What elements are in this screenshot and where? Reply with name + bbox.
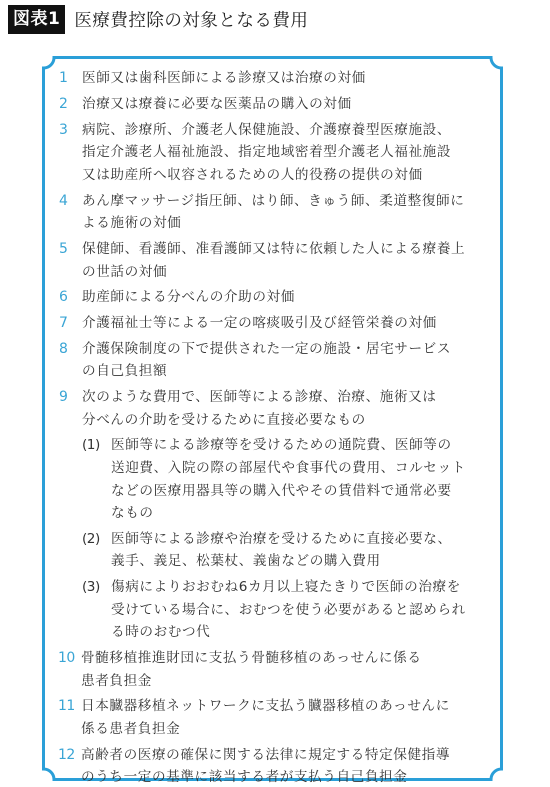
item-number: 12 (58, 744, 81, 787)
figure-title-text: 医療費控除の対象となる費用 (74, 7, 308, 32)
list-item: 6 助産師による分べんの介助の対価 (58, 286, 488, 309)
item-text: のうち一定の基準に該当する者が支払う自己負担金 (81, 766, 488, 787)
sub-item-text: 送迎費、入院の際の部屋代や食事代の費用、コルセット (111, 457, 488, 480)
expense-list: 1 医師又は歯科医師による診療又は治療の対価 2 治療又は療養に必要な医薬品の購… (58, 67, 488, 787)
item-number: 3 (58, 119, 82, 187)
item-number: 7 (58, 312, 82, 335)
sub-item-text: 傷病によりおおむね6カ月以上寝たきりで医師の治療を (111, 576, 488, 599)
item-text: 指定介護老人福祉施設、指定地域密着型介護老人福祉施設 (82, 141, 488, 164)
item-number: 5 (58, 238, 82, 283)
sub-item-label: (2) (82, 528, 111, 573)
sub-item-text: なもの (111, 502, 488, 525)
item-text: 骨髄移植推進財団に支払う骨髄移植のあっせんに係る (81, 647, 488, 670)
figure-label-badge: 図表1 (8, 5, 65, 34)
list-item: 8 介護保険制度の下で提供された一定の施設・居宅サービス の自己負担額 (58, 338, 488, 383)
item-number: 6 (58, 286, 82, 309)
item-text: 保健師、看護師、准看護師又は特に依頼した人による療養上 (82, 238, 488, 261)
list-item: 11 日本臓器移植ネットワークに支払う臓器移植のあっせんに 係る患者負担金 (58, 695, 488, 740)
item-text: の世話の対価 (82, 261, 488, 284)
item-number: 11 (58, 695, 81, 740)
item-number: 8 (58, 338, 82, 383)
list-item: 1 医師又は歯科医師による診療又は治療の対価 (58, 67, 488, 90)
expense-list-box: 1 医師又は歯科医師による診療又は治療の対価 2 治療又は療養に必要な医薬品の購… (42, 56, 503, 781)
item-text: 助産師による分べんの介助の対価 (82, 286, 488, 309)
sub-item-text: 受けている場合に、おむつを使う必要があると認められ (111, 599, 488, 622)
sub-item: (2) 医師等による診療や治療を受けるために直接必要な、 義手、義足、松葉杖、義… (82, 528, 488, 573)
list-item: 9 次のような費用で、医師等による診療、治療、施術又は 分べんの介助を受けるため… (58, 386, 488, 644)
item-text: よる施術の対価 (82, 212, 488, 235)
sub-item-text: る時のおむつ代 (111, 621, 488, 644)
item-text: あん摩マッサージ指圧師、はり師、きゅう師、柔道整復師に (82, 190, 488, 213)
sub-item-label: (3) (82, 576, 111, 644)
list-item: 5 保健師、看護師、准看護師又は特に依頼した人による療養上 の世話の対価 (58, 238, 488, 283)
item-number: 1 (58, 67, 82, 90)
sub-item-label: (1) (82, 434, 111, 524)
list-item: 7 介護福祉士等による一定の喀痰吸引及び経管栄養の対価 (58, 312, 488, 335)
figure-title: 図表1 医療費控除の対象となる費用 (8, 5, 308, 34)
item-text: 介護保険制度の下で提供された一定の施設・居宅サービス (82, 338, 488, 361)
item-number: 2 (58, 93, 82, 116)
item-text: 患者負担金 (81, 670, 488, 693)
sub-item-text: などの医療用器具等の購入代やその賃借料で通常必要 (111, 480, 488, 503)
list-item: 4 あん摩マッサージ指圧師、はり師、きゅう師、柔道整復師に よる施術の対価 (58, 190, 488, 235)
item-text: 高齢者の医療の確保に関する法律に規定する特定保健指導 (81, 744, 488, 767)
item-text: 介護福祉士等による一定の喀痰吸引及び経管栄養の対価 (82, 312, 488, 335)
item-text: の自己負担額 (82, 360, 488, 383)
list-item: 2 治療又は療養に必要な医薬品の購入の対価 (58, 93, 488, 116)
sub-item-text: 医師等による診療や治療を受けるために直接必要な、 (111, 528, 488, 551)
item-text: 分べんの介助を受けるために直接必要なもの (82, 409, 488, 432)
sub-item: (1) 医師等による診療等を受けるための通院費、医師等の 送迎費、入院の際の部屋… (82, 434, 488, 524)
item-text: 又は助産所へ収容されるための人的役務の提供の対価 (82, 164, 488, 187)
item-text: 医師又は歯科医師による診療又は治療の対価 (82, 67, 488, 90)
sub-item-text: 医師等による診療等を受けるための通院費、医師等の (111, 434, 488, 457)
list-item: 3 病院、診療所、介護老人保健施設、介護療養型医療施設、 指定介護老人福祉施設、… (58, 119, 488, 187)
item-text: 係る患者負担金 (81, 718, 488, 741)
item-number: 9 (58, 386, 82, 644)
item-text: 次のような費用で、医師等による診療、治療、施術又は (82, 386, 488, 409)
item-text: 病院、診療所、介護老人保健施設、介護療養型医療施設、 (82, 119, 488, 142)
item-number: 4 (58, 190, 82, 235)
item-text: 日本臓器移植ネットワークに支払う臓器移植のあっせんに (81, 695, 488, 718)
sub-item-text: 義手、義足、松葉杖、義歯などの購入費用 (111, 550, 488, 573)
list-item: 10 骨髄移植推進財団に支払う骨髄移植のあっせんに係る 患者負担金 (58, 647, 488, 692)
item-number: 10 (58, 647, 81, 692)
sub-item: (3) 傷病によりおおむね6カ月以上寝たきりで医師の治療を 受けている場合に、お… (82, 576, 488, 644)
item-text: 治療又は療養に必要な医薬品の購入の対価 (82, 93, 488, 116)
list-item: 12 高齢者の医療の確保に関する法律に規定する特定保健指導 のうち一定の基準に該… (58, 744, 488, 787)
